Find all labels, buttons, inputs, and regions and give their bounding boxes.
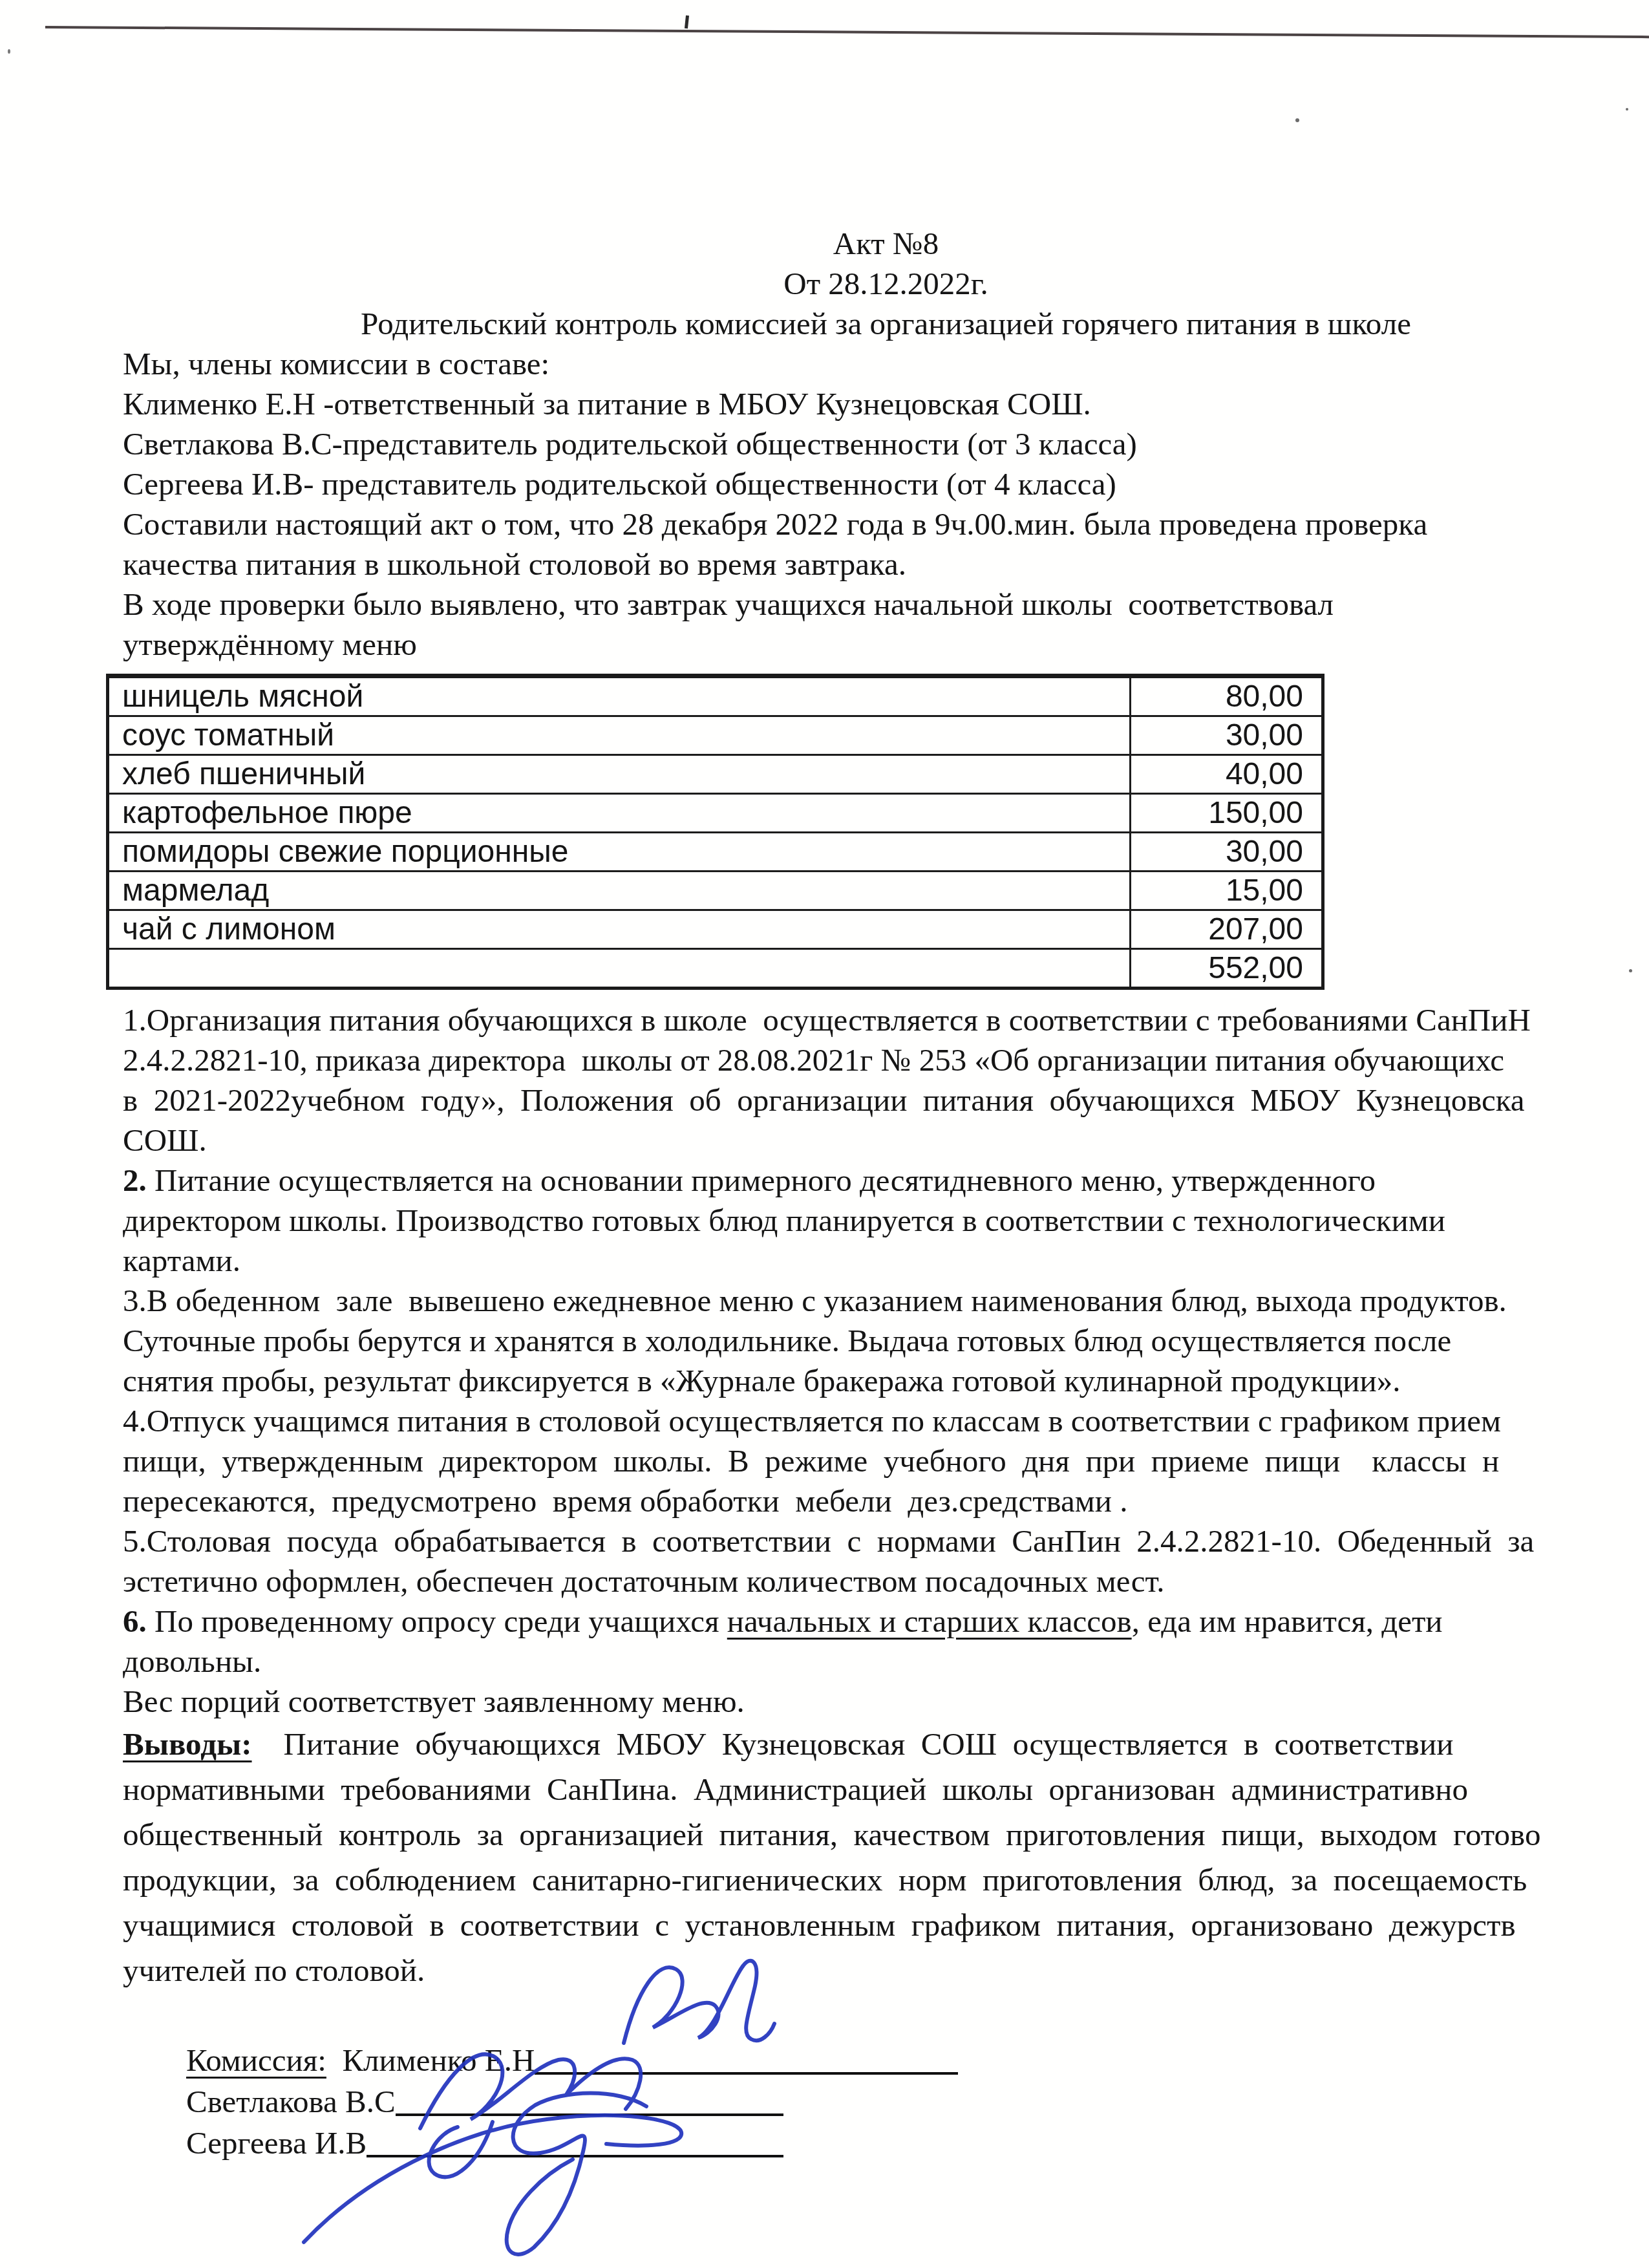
text-segment: Клименко Е.Н [326,2042,535,2078]
menu-item-cell: картофельное пюре [108,794,1131,833]
text-line: 2. Питание осуществляется на основании п… [123,1161,1649,1201]
signature-line [535,2049,958,2075]
text-line: продукции, за соблюдением санитарно-гиги… [123,1857,1649,1903]
scan-speck [8,49,10,54]
text-line: Родительский контроль комиссией за орган… [123,304,1649,344]
text-segment: 5.Столовая посуда обрабатывается в соотв… [123,1523,1534,1559]
text-segment: В ходе проверки было выявлено, что завтр… [123,586,1334,622]
text-segment: Сергеева И.В [186,2125,367,2161]
text-segment: , еда им нравится, дети [1132,1603,1443,1639]
text-segment: пищи, утвержденным директором школы. В р… [123,1443,1499,1479]
text-segment: начальных и старших классов [727,1603,1132,1639]
menu-table: шницель мясной80,00соус томатный30,00хле… [106,674,1325,990]
text-segment: Суточные пробы берутся и хранятся в холо… [123,1323,1451,1358]
text-line: снятия пробы, результат фиксируется в «Ж… [123,1361,1649,1401]
text-segment: Светлакова В.С-представитель родительско… [123,426,1137,462]
intro-block: Мы, члены комиссии в составе:Клименко Е.… [123,344,1649,665]
menu-table-body: шницель мясной80,00соус томатный30,00хле… [108,676,1323,989]
text-segment: 4.Отпуск учащимся питания в столовой осу… [123,1403,1501,1439]
text-segment: картами. [123,1243,240,1278]
text-line: 6. По проведенному опросу среди учащихся… [123,1601,1649,1642]
text-line: качества питания в школьной столовой во … [123,544,1649,584]
signature-line [396,2090,783,2116]
text-line: нормативными требованиями СанПина. Админ… [123,1767,1649,1812]
text-segment: Питание обучающихся МБОУ Кузнецовская СО… [252,1726,1454,1762]
menu-item-cell: чай с лимоном [108,910,1131,949]
text-segment: Родительский контроль комиссией за орган… [361,306,1411,341]
text-line: Светлакова В.С-представитель родительско… [123,424,1649,464]
text-segment: продукции, за соблюдением санитарно-гиги… [123,1862,1527,1898]
signature-block: Комиссия: Клименко Е.Н Светлакова В.С Се… [123,1998,1649,2123]
menu-row: помидоры свежие порционные30,00 [108,833,1323,872]
text-segment: Акт №8 [833,226,939,261]
text-line: Мы, члены комиссии в составе: [123,344,1649,384]
text-line: общественный контроль за организацией пи… [123,1812,1649,1857]
text-line: картами. [123,1241,1649,1281]
text-line: эстетично оформлен, обеспечен достаточны… [123,1561,1649,1601]
text-line: Акт №8 [123,224,1649,264]
text-segment: в 2021-2022учебном году», Положения об о… [123,1082,1525,1118]
text-segment: По проведенному опросу среди учащихся [147,1603,727,1639]
text-segment: Сергеева И.В- представитель родительской… [123,466,1116,502]
menu-amount-cell: 15,00 [1131,872,1323,910]
text-line: Суточные пробы берутся и хранятся в холо… [123,1321,1649,1361]
text-segment: снятия пробы, результат фиксируется в «Ж… [123,1363,1401,1398]
text-segment: 1.Организация питания обучающихся в школ… [123,1002,1531,1038]
text-line: утверждённому меню [123,625,1649,665]
text-segment: Клименко Е.Н -ответственный за питание в… [123,386,1091,422]
text-segment: Выводы: [123,1726,252,1762]
text-segment: Светлакова В.С [186,2084,396,2119]
text-segment: эстетично оформлен, обеспечен достаточны… [123,1563,1164,1599]
menu-row: 552,00 [108,949,1323,989]
menu-row: шницель мясной80,00 [108,676,1323,716]
text-line: учителей по столовой. [123,1948,1649,1993]
menu-row: соус томатный30,00 [108,716,1323,755]
commission-label: Комиссия: Клименко Е.Н [186,2042,535,2078]
text-line: пищи, утвержденным директором школы. В р… [123,1441,1649,1481]
menu-row: хлеб пшеничный40,00 [108,755,1323,794]
text-line: СОШ. [123,1120,1649,1161]
menu-item-cell: соус томатный [108,716,1131,755]
text-segment: Вес порций соответствует заявленному мен… [123,1684,745,1719]
menu-row: картофельное пюре150,00 [108,794,1323,833]
text-line: Вес порций соответствует заявленному мен… [123,1682,1649,1722]
text-line: В ходе проверки было выявлено, что завтр… [123,584,1649,625]
document-page: Акт №8От 28.12.2022г.Родительский контро… [0,0,1649,2268]
menu-item-cell: шницель мясной [108,676,1131,716]
menu-item-cell [108,949,1131,989]
menu-amount-cell: 207,00 [1131,910,1323,949]
menu-item-cell: помидоры свежие порционные [108,833,1131,872]
menu-amount-cell: 150,00 [1131,794,1323,833]
text-segment: 6. [123,1603,147,1639]
text-segment: пересекаются, предусмотрено время обрабо… [123,1483,1128,1519]
text-segment: 2.4.2.2821-10, приказа директора школы о… [123,1042,1504,1078]
text-segment: директором школы. Производство готовых б… [123,1203,1445,1238]
menu-item-cell: мармелад [108,872,1131,910]
text-line: довольны. [123,1642,1649,1682]
text-segment: утверждённому меню [123,626,417,662]
text-segment: 3.В обеденном зале вывешено ежедневное м… [123,1283,1507,1318]
title-block: Акт №8От 28.12.2022г.Родительский контро… [123,224,1649,344]
scan-artifact-line [45,26,1649,38]
text-line: директором школы. Производство готовых б… [123,1201,1649,1241]
text-segment: Мы, члены комиссии в составе: [123,346,549,381]
menu-item-cell: хлеб пшеничный [108,755,1131,794]
svetlakova-label: Светлакова В.С [186,2084,396,2119]
text-segment: довольны. [123,1643,261,1679]
text-line: 1.Организация питания обучающихся в школ… [123,1000,1649,1040]
text-segment: Составили настоящий акт о том, что 28 де… [123,506,1427,542]
text-line: в 2021-2022учебном году», Положения об о… [123,1080,1649,1120]
scan-speck [1295,118,1299,122]
text-segment: СОШ. [123,1122,207,1158]
menu-amount-cell: 30,00 [1131,833,1323,872]
menu-row: чай с лимоном207,00 [108,910,1323,949]
text-segment: 2. [123,1162,147,1198]
text-line: Составили настоящий акт о том, что 28 де… [123,504,1649,544]
text-line: пересекаются, предусмотрено время обрабо… [123,1481,1649,1521]
scan-speck [1626,108,1628,111]
text-line: 5.Столовая посуда обрабатывается в соотв… [123,1521,1649,1561]
sergeeva-label: Сергеева И.В [186,2125,367,2161]
menu-row: мармелад15,00 [108,872,1323,910]
menu-amount-cell: 552,00 [1131,949,1323,989]
menu-amount-cell: 40,00 [1131,755,1323,794]
text-line: 2.4.2.2821-10, приказа директора школы о… [123,1040,1649,1080]
text-segment: Комиссия: [186,2042,326,2078]
text-line: Клименко Е.Н -ответственный за питание в… [123,384,1649,424]
scan-artifact-tick [685,16,689,28]
document-content: Акт №8От 28.12.2022г.Родительский контро… [123,224,1649,2123]
text-segment: нормативными требованиями СанПина. Админ… [123,1771,1468,1807]
text-line: 4.Отпуск учащимся питания в столовой осу… [123,1401,1649,1441]
text-line: учащимися столовой в соответствии с уста… [123,1903,1649,1948]
menu-amount-cell: 80,00 [1131,676,1323,716]
text-segment: Питание осуществляется на основании прим… [147,1162,1376,1198]
signature-line [367,2132,783,2157]
text-segment: общественный контроль за организацией пи… [123,1817,1540,1852]
text-segment: качества питания в школьной столовой во … [123,546,906,582]
text-line: От 28.12.2022г. [123,264,1649,304]
text-line: Выводы: Питание обучающихся МБОУ Кузнецо… [123,1722,1649,1767]
signature-row-klimenko: Комиссия: Клименко Е.Н [123,1998,1649,2040]
text-segment: учителей по столовой. [123,1952,425,1988]
conclusion-block: Выводы: Питание обучающихся МБОУ Кузнецо… [123,1722,1649,1993]
menu-amount-cell: 30,00 [1131,716,1323,755]
text-segment: учащимися столовой в соответствии с уста… [123,1907,1516,1943]
text-segment: От 28.12.2022г. [783,266,988,301]
text-line: Сергеева И.В- представитель родительской… [123,464,1649,504]
text-line: 3.В обеденном зале вывешено ежедневное м… [123,1281,1649,1321]
body-block: 1.Организация питания обучающихся в школ… [123,1000,1649,1722]
